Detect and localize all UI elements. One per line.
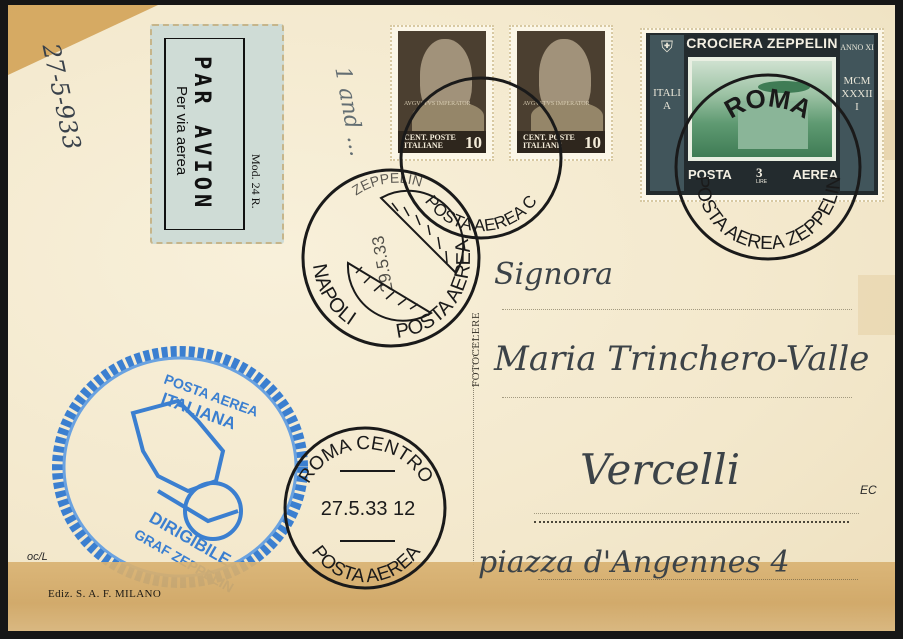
- note-ocl: oc/L: [27, 551, 48, 563]
- recipient-street: piazza d'Angennes 4: [478, 545, 790, 580]
- postcard: 27-5-933 PAR AVION Per via aerea Mod. 24…: [8, 5, 895, 631]
- cachet-graf-zeppelin: POSTA AEREA ITALIANA DIRIGIBILE GRAF ZEP…: [48, 341, 316, 597]
- savoy-shield-icon: ⛨: [650, 41, 684, 54]
- recipient-name: Maria Trinchero-Valle: [494, 339, 869, 379]
- stamp-value: 10: [584, 133, 601, 153]
- airmail-label-title: PAR AVION: [189, 56, 214, 211]
- postmark-roma-centro: ROMA CENTRO POSTA AEREA 27.5.33 12: [280, 423, 450, 593]
- airmail-label-model: Mod. 24 R.: [248, 154, 263, 209]
- recipient-title: Signora: [494, 257, 613, 292]
- airmail-label: PAR AVION Per via aerea Mod. 24 R.: [150, 24, 284, 244]
- city-underline: [534, 521, 849, 523]
- postmark-top-text: ROMA CENTRO: [295, 433, 437, 487]
- publisher-imprint: Ediz. S. A. F. MILANO: [48, 588, 161, 600]
- address-line-4: [538, 579, 858, 580]
- postmark-right-text: POSTA AEREA: [394, 237, 475, 343]
- recipient-city: Vercelli: [580, 445, 740, 494]
- airmail-label-subtitle: Per via aerea: [173, 86, 190, 175]
- svg-text:POSTA AEREA: POSTA AEREA: [394, 237, 475, 343]
- handwritten-signature: 1 and ...: [329, 65, 369, 158]
- card-divider-line: [473, 335, 474, 565]
- postmark-left-text: NAPOLI: [308, 262, 360, 330]
- stamp-title: CROCIERA ZEPPELIN: [686, 35, 838, 51]
- tape-stain-top-left: [8, 5, 158, 75]
- postmark-date: 29.5.33: [368, 234, 397, 293]
- postmark-roma-zeppelin: ROMA POSTA AEREA ZEPPELIN: [668, 67, 868, 267]
- postmark-top-text: ROMA: [719, 82, 817, 124]
- svg-text:ROMA CENTRO: ROMA CENTRO: [295, 433, 437, 487]
- svg-text:POSTA AEREA: POSTA AEREA: [307, 542, 425, 588]
- handwritten-date: 27-5-933: [37, 41, 87, 152]
- note-ec: EC: [860, 483, 877, 497]
- postmark-bottom-text: POSTA AEREA: [307, 542, 425, 588]
- address-line-1: [502, 309, 852, 310]
- postmark-date: 27.5.33 12: [321, 498, 416, 520]
- postmark-napoli: NAPOLI POSTA AEREA ZEPPELIN 29.5.33: [296, 163, 486, 353]
- side-imprint: FOTOCELERE: [470, 312, 482, 387]
- svg-text:ROMA: ROMA: [719, 82, 817, 124]
- tape-stain-right-lower: [858, 275, 895, 335]
- svg-text:NAPOLI: NAPOLI: [308, 262, 360, 330]
- address-line-3: [534, 513, 859, 514]
- stamp-year-anno: ANNO XI: [840, 41, 874, 54]
- address-line-2: [502, 397, 852, 398]
